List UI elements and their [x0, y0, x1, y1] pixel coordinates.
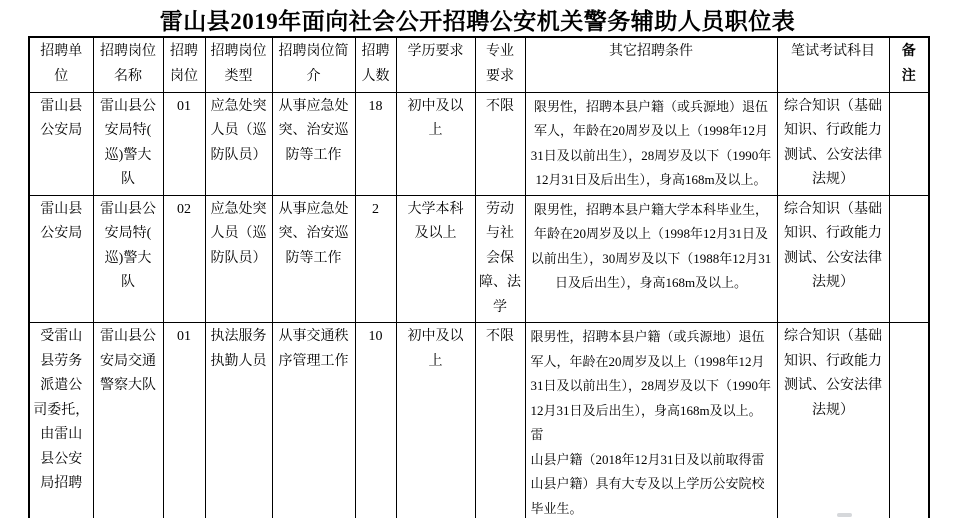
- cell-remarks: [889, 323, 929, 518]
- header-position-name: 招聘岗位 名称: [93, 37, 163, 92]
- cell-position-type: 应急处突 人员（巡 防队员）: [205, 92, 272, 195]
- table-row: 受雷山 县劳务 派遣公 司委托， 由雷山 县公安 局招聘 雷山县公 安局交通 警…: [29, 323, 929, 518]
- positions-table: 招聘单 位 招聘岗位 名称 招聘 岗位 招聘岗位 类型 招聘岗位简 介 招聘 人…: [28, 36, 930, 518]
- cell-position-intro: 从事应急处 突、治安巡 防等工作: [272, 92, 355, 195]
- cell-education: 初中及以 上: [396, 323, 475, 518]
- cell-position-intro: 从事应急处 突、治安巡 防等工作: [272, 195, 355, 323]
- cell-headcount: 10: [355, 323, 396, 518]
- header-position-type: 招聘岗位 类型: [205, 37, 272, 92]
- header-headcount: 招聘 人数: [355, 37, 396, 92]
- header-row: 招聘单 位 招聘岗位 名称 招聘 岗位 招聘岗位 类型 招聘岗位简 介 招聘 人…: [29, 37, 929, 92]
- header-recruit-unit: 招聘单 位: [29, 37, 93, 92]
- cell-exam-subjects: 综合知识（基础 知识、行政能力 测试、公安法律 法规）: [777, 323, 889, 518]
- cell-other-conditions: 限男性，招聘本县户籍（或兵源地）退伍 军人，年龄在20周岁及以上（1998年12…: [525, 323, 777, 518]
- cell-exam-subjects: 综合知识（基础 知识、行政能力 测试、公安法律 法规）: [777, 195, 889, 323]
- cell-education: 大学本科 及以上: [396, 195, 475, 323]
- cell-major: 劳动 与社 会保 障、法 学: [475, 195, 525, 323]
- cell-major: 不限: [475, 323, 525, 518]
- header-education: 学历要求: [396, 37, 475, 92]
- cell-position-code: 02: [163, 195, 205, 323]
- table-row: 雷山县 公安局 雷山县公 安局特( 巡)警大 队 02 应急处突 人员（巡 防队…: [29, 195, 929, 323]
- header-position-intro: 招聘岗位简 介: [272, 37, 355, 92]
- cell-headcount: 18: [355, 92, 396, 195]
- cell-position-type: 执法服务 执勤人员: [205, 323, 272, 518]
- cell-position-code: 01: [163, 323, 205, 518]
- header-position-code: 招聘 岗位: [163, 37, 205, 92]
- cell-headcount: 2: [355, 195, 396, 323]
- cell-position-name: 雷山县公 安局交通 警察大队: [93, 323, 163, 518]
- page-title: 雷山县2019年面向社会公开招聘公安机关警务辅助人员职位表: [0, 3, 955, 36]
- cell-position-intro: 从事交通秩 序管理工作: [272, 323, 355, 518]
- cell-recruit-unit: 雷山县 公安局: [29, 195, 93, 323]
- cell-major: 不限: [475, 92, 525, 195]
- cell-remarks: [889, 92, 929, 195]
- header-other-conditions: 其它招聘条件: [525, 37, 777, 92]
- cell-position-type: 应急处突 人员（巡 防队员）: [205, 195, 272, 323]
- cell-position-name: 雷山县公 安局特( 巡)警大 队: [93, 195, 163, 323]
- cell-position-code: 01: [163, 92, 205, 195]
- cell-position-name: 雷山县公 安局特( 巡)警大 队: [93, 92, 163, 195]
- table-row: 雷山县 公安局 雷山县公 安局特( 巡)警大 队 01 应急处突 人员（巡 防队…: [29, 92, 929, 195]
- stray-mark: [837, 513, 852, 517]
- cell-remarks: [889, 195, 929, 323]
- cell-recruit-unit: 雷山县 公安局: [29, 92, 93, 195]
- cell-exam-subjects: 综合知识（基础 知识、行政能力 测试、公安法律 法规）: [777, 92, 889, 195]
- cell-recruit-unit: 受雷山 县劳务 派遣公 司委托， 由雷山 县公安 局招聘: [29, 323, 93, 518]
- header-exam-subjects: 笔试考试科目: [777, 37, 889, 92]
- cell-other-conditions: 限男性，招聘本县户籍（或兵源地）退伍 军人，年龄在20周岁及以上（1998年12…: [525, 92, 777, 195]
- header-remarks: 备 注: [889, 37, 929, 92]
- cell-other-conditions: 限男性，招聘本县户籍大学本科毕业生， 年龄在20周岁及以上（1998年12月31…: [525, 195, 777, 323]
- cell-education: 初中及以 上: [396, 92, 475, 195]
- header-major: 专业 要求: [475, 37, 525, 92]
